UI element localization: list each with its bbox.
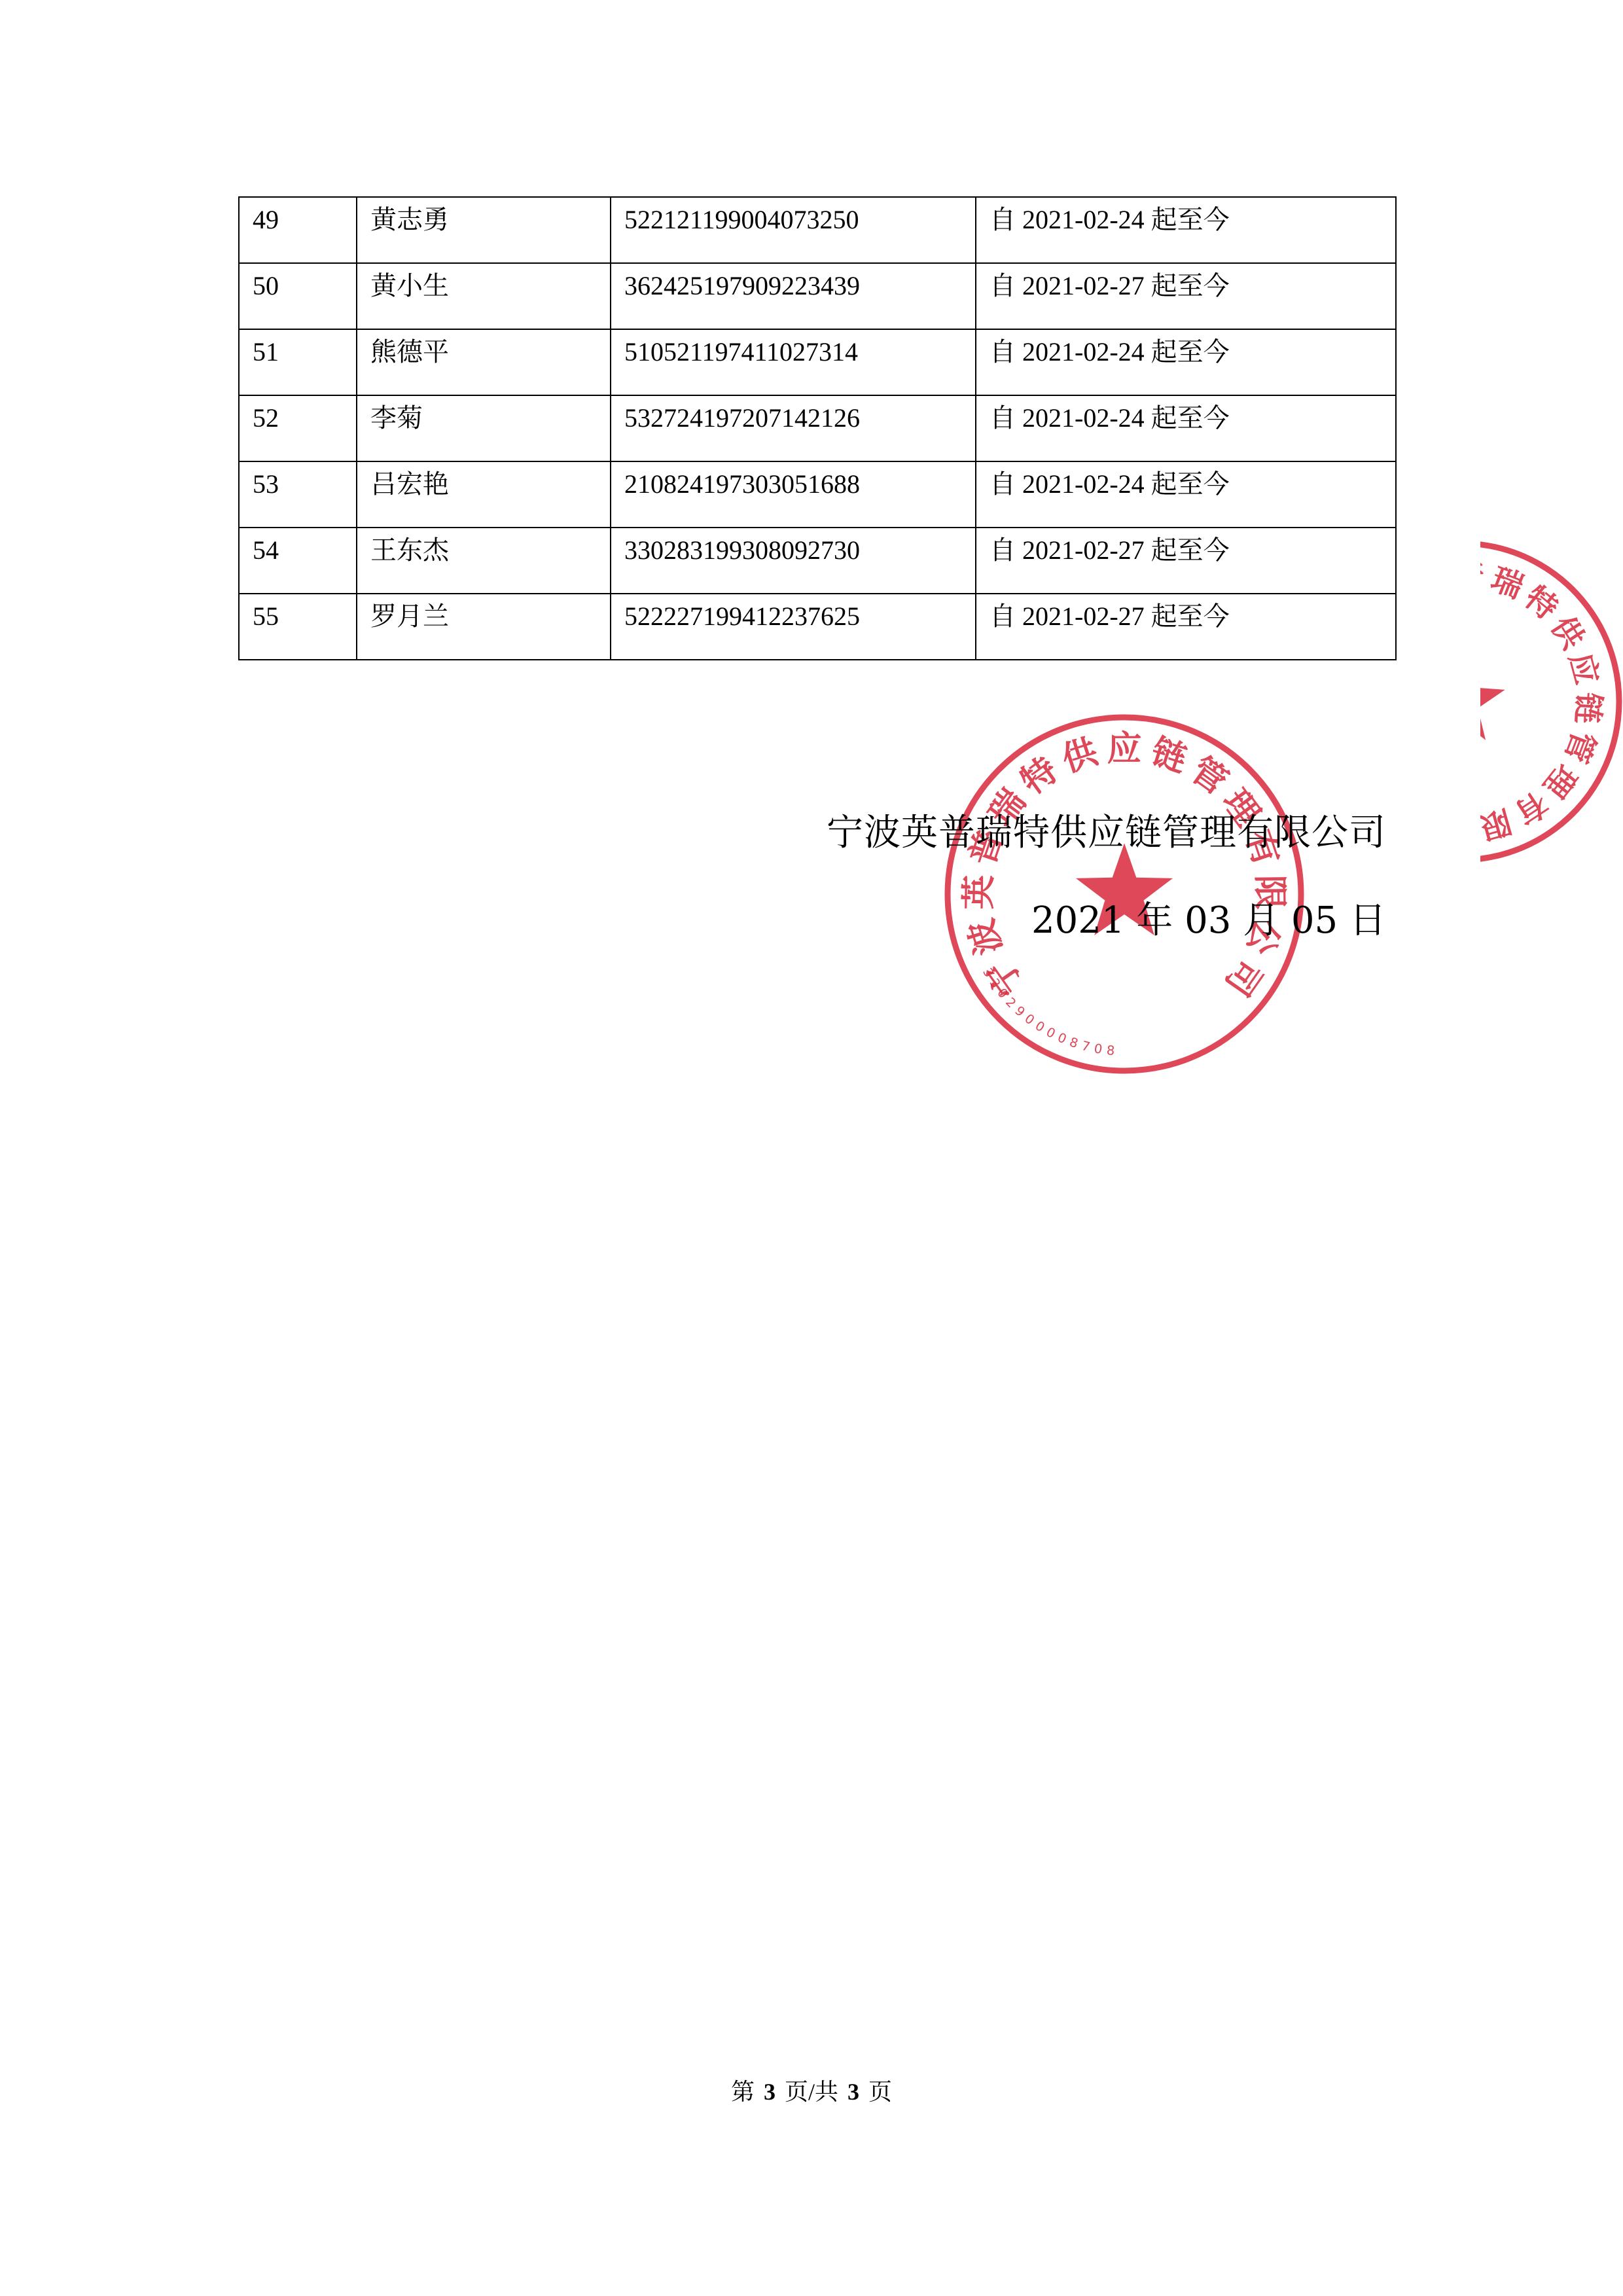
svg-text:瑞: 瑞 (1486, 561, 1528, 606)
row-number-cell: 52 (239, 395, 357, 461)
period-cell: 自 2021-02-24 起至今 (976, 395, 1396, 461)
current-page-number: 3 (755, 2079, 785, 2105)
period-cell: 自 2021-02-27 起至今 (976, 263, 1396, 329)
svg-text:0: 0 (994, 986, 1011, 1001)
table-row: 52李菊532724197207142126自 2021-02-24 起至今 (239, 395, 1396, 461)
period-cell: 自 2021-02-27 起至今 (976, 594, 1396, 660)
svg-text:司: 司 (1217, 952, 1270, 1003)
id-number-cell: 522227199412237625 (611, 594, 976, 660)
svg-text:管: 管 (1557, 726, 1601, 768)
id-number-cell: 510521197411027314 (611, 329, 976, 395)
svg-text:9: 9 (1012, 1003, 1028, 1020)
svg-text:0: 0 (1044, 1024, 1058, 1041)
table-row: 53吕宏艳210824197303051688自 2021-02-24 起至今 (239, 461, 1396, 528)
seal-icon: 宁波英普瑞特供应链管理有限公司 (1480, 538, 1623, 865)
id-number-cell: 362425197909223439 (611, 263, 976, 329)
table-row: 54王东杰330283199308092730自 2021-02-27 起至今 (239, 528, 1396, 594)
svg-text:8: 8 (1106, 1043, 1115, 1058)
svg-text:特: 特 (1014, 749, 1065, 802)
name-cell: 罗月兰 (357, 594, 611, 660)
svg-text:应: 应 (1562, 649, 1605, 689)
svg-text:有: 有 (1508, 784, 1554, 831)
document-page: 49黄志勇522121199004073250自 2021-02-24 起至今5… (0, 0, 1623, 2296)
svg-text:7: 7 (1080, 1038, 1092, 1054)
svg-text:3: 3 (986, 976, 1003, 991)
company-name: 宁波英普瑞特供应链管理有限公司 (827, 804, 1386, 856)
svg-text:0: 0 (1056, 1030, 1069, 1047)
id-number-cell: 330283199308092730 (611, 528, 976, 594)
svg-text:供: 供 (1544, 610, 1591, 656)
row-number-cell: 55 (239, 594, 357, 660)
table-row: 49黄志勇522121199004073250自 2021-02-24 起至今 (239, 197, 1396, 263)
svg-text:8: 8 (1067, 1034, 1080, 1051)
id-number-cell: 522121199004073250 (611, 197, 976, 263)
id-number-cell: 210824197303051688 (611, 461, 976, 528)
svg-text:普: 普 (1480, 556, 1486, 594)
id-number-cell: 532724197207142126 (611, 395, 976, 461)
period-cell: 自 2021-02-24 起至今 (976, 197, 1396, 263)
footer-suffix: 页 (868, 2079, 892, 2105)
page-footer: 第3页/共3页 (0, 2073, 1623, 2107)
name-cell: 王东杰 (357, 528, 611, 594)
svg-text:2: 2 (1003, 995, 1019, 1011)
svg-text:0: 0 (1033, 1018, 1048, 1035)
row-number-cell: 49 (239, 197, 357, 263)
name-cell: 黄志勇 (357, 197, 611, 263)
svg-text:0: 0 (1022, 1011, 1037, 1028)
footer-prefix: 第 (731, 2079, 755, 2105)
svg-text:特: 特 (1518, 580, 1565, 628)
svg-text:3: 3 (980, 965, 997, 980)
table-row: 55罗月兰522227199412237625自 2021-02-27 起至今 (239, 594, 1396, 660)
svg-text:宁: 宁 (979, 952, 1031, 1003)
table-row: 51熊德平510521197411027314自 2021-02-24 起至今 (239, 329, 1396, 395)
table-row: 50黄小生362425197909223439自 2021-02-27 起至今 (239, 263, 1396, 329)
row-number-cell: 54 (239, 528, 357, 594)
employee-table-body: 49黄志勇522121199004073250自 2021-02-24 起至今5… (239, 197, 1396, 660)
svg-text:波: 波 (961, 914, 1010, 960)
partial-seal-stamp: 宁波英普瑞特供应链管理有限公司 (1480, 538, 1623, 865)
name-cell: 吕宏艳 (357, 461, 611, 528)
svg-text:限: 限 (1480, 802, 1515, 846)
period-cell: 自 2021-02-27 起至今 (976, 528, 1396, 594)
svg-text:链: 链 (1569, 692, 1606, 725)
svg-text:供: 供 (1057, 731, 1103, 780)
name-cell: 李菊 (357, 395, 611, 461)
employee-table: 49黄志勇522121199004073250自 2021-02-24 起至今5… (238, 196, 1397, 660)
svg-text:应: 应 (1107, 729, 1142, 769)
svg-text:链: 链 (1147, 732, 1192, 780)
signature-date: 2021 年 03 月 05 日 (1031, 891, 1386, 944)
row-number-cell: 51 (239, 329, 357, 395)
period-cell: 自 2021-02-24 起至今 (976, 461, 1396, 528)
svg-text:英: 英 (959, 874, 999, 910)
row-number-cell: 50 (239, 263, 357, 329)
svg-text:理: 理 (1536, 757, 1584, 804)
name-cell: 熊德平 (357, 329, 611, 395)
total-page-number: 3 (838, 2079, 868, 2105)
name-cell: 黄小生 (357, 263, 611, 329)
period-cell: 自 2021-02-24 起至今 (976, 329, 1396, 395)
svg-text:0: 0 (1093, 1041, 1103, 1057)
svg-text:管: 管 (1183, 750, 1235, 802)
row-number-cell: 53 (239, 461, 357, 528)
footer-middle: 页/共 (785, 2079, 838, 2105)
